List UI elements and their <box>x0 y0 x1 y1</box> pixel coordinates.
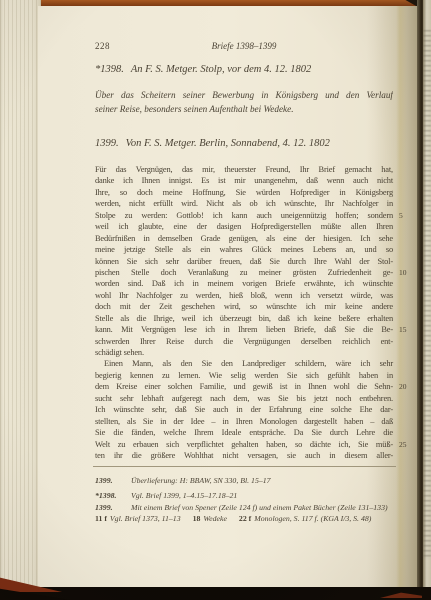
letter-line: schädigt sehen. <box>95 347 393 358</box>
lemma-line-number: 22 f <box>239 514 251 523</box>
book-photo: 228 Briefe 1398–1399 *1398.An F. S. Metg… <box>0 0 431 600</box>
letter-line: Einen Mann, als den Sie den Landprediger… <box>95 358 393 369</box>
letter-heading-1398: *1398.An F. S. Metger. Stolp, vor dem 4.… <box>95 64 415 75</box>
letter-line-text: Einen Mann, als den Sie den Landprediger… <box>104 359 393 368</box>
letter-line-text: können Sie sich sehr darüber freuen, daß… <box>95 257 393 266</box>
letter-line-text: Sie die fänden, welche Ihrem Ideale ents… <box>95 428 393 437</box>
letter-line-text: werden, nicht erfüllt wird. Nicht als ob… <box>95 199 393 208</box>
lemma-text: Monologen, S. 117 f. (KGA I/3, S. 48) <box>254 514 371 523</box>
letter-number-1399: 1399. <box>95 138 119 149</box>
letter-line: Bedürfnißen in demselben Grade genügen, … <box>95 233 393 244</box>
apparatus-lemma-row: 11 fVgl. Brief 1373, 11–1318Wedeke22 fMo… <box>95 513 410 524</box>
photo-bottom-shadow <box>0 587 431 600</box>
footnote-rule <box>93 466 396 467</box>
page-header: 228 Briefe 1398–1399 <box>95 41 393 53</box>
apparatus-entry-text: Vgl. Brief 1399, 1–4.15–17.18–21 <box>131 491 237 500</box>
apparatus-entry-text: Überlieferung: H: BBAW, SN 330, Bl. 15–1… <box>131 476 271 485</box>
letter-heading-1399-text: Von F. S. Metger. Berlin, Sonnabend, 4. … <box>126 138 330 149</box>
letter-line: begierig kennen zu lernen. Wie selig wer… <box>95 370 393 381</box>
letter-line-text: doch mit der Zeit geschehen wird, so wün… <box>95 302 393 311</box>
letter-line: worden sind. Daß ich in meinem vorigen B… <box>95 278 393 289</box>
letter-line: kann. Mit Vergnügen lese ich in Ihrem li… <box>95 324 393 335</box>
apparatus-entry-number: 1399. <box>95 475 131 486</box>
letter-line: Für das Vergnügen, das mir, theuerster F… <box>95 164 393 175</box>
lemma-text: Wedeke <box>203 514 227 523</box>
letter-line-text: begierig kennen zu lernen. Wie selig wer… <box>95 371 393 380</box>
letter-line-text: pischen Stelle doch Veranlaßung zu meine… <box>95 268 393 277</box>
letter-line-text: weil ich glaubte, eine der dasigen Hofpr… <box>95 222 393 231</box>
letter-line-text: schädigt sehen. <box>95 348 144 357</box>
apparatus-entry-number: 1399. <box>95 502 131 513</box>
lemma-line-number: 11 f <box>95 514 107 523</box>
letter-body: Für das Vergnügen, das mir, theuerster F… <box>95 164 393 461</box>
letter-line: Stelle als die Ihrige, weil ich überzeug… <box>95 313 393 324</box>
letter-line: ten ihr die größere Wohlthat nicht versa… <box>95 450 393 461</box>
letter-line-text: worden sind. Daß ich in meinem vorigen B… <box>95 279 393 288</box>
letter-line-text: Stelle als die Ihrige, weil ich überzeug… <box>95 314 393 323</box>
letter-line: pischen Stelle doch Veranlaßung zu meine… <box>95 267 393 278</box>
letter-line: weil ich glaubte, eine der dasigen Hofpr… <box>95 221 393 232</box>
line-number-marginal: 15 <box>399 324 407 335</box>
line-number-marginal: 20 <box>399 381 407 392</box>
lemma-line-number: 18 <box>193 514 201 523</box>
letter-line-text: Bedürfnißen in demselben Grade genügen, … <box>95 234 393 243</box>
letter-line: Ich wünschte sehr, daß Sie auch in der E… <box>95 404 393 415</box>
summary-line: Über das Scheitern seiner Bewerbung in K… <box>95 89 393 103</box>
letter-line-text: Welt zu erbauen sich verpflichtet gehalt… <box>95 440 393 449</box>
letter-line-text: danke ich Ihnen innigst. Es ist mir unan… <box>95 176 393 185</box>
letter-line-text: Ihre, so doch meine Hoffnung, Sie würden… <box>95 188 393 197</box>
letter-line-text: dem Kreise einer solchen Familie, und ge… <box>95 382 393 391</box>
letter-line: sucht sehr lebhaft aufgeregt nach dem, w… <box>95 393 393 404</box>
apparatus-entry-number: *1398. <box>95 490 131 501</box>
letter-line: können Sie sich sehr darüber freuen, daß… <box>95 256 393 267</box>
letter-line-text: meine jetzige Stelle als ein wahres Glüc… <box>95 245 393 254</box>
letter-heading-1399: 1399.Von F. S. Metger. Berlin, Sonnabend… <box>95 138 415 149</box>
letter-line: doch mit der Zeit geschehen wird, so wün… <box>95 301 393 312</box>
apparatus-entry: *1398.Vgl. Brief 1399, 1–4.15–17.18–21 <box>95 490 410 501</box>
letter-line: schwerden Ihrer Reise durch die Vergnügu… <box>95 336 393 347</box>
letter-line: dem Kreise einer solchen Familie, und ge… <box>95 381 393 392</box>
running-title: Briefe 1398–1399 <box>95 41 393 51</box>
letter-line-text: wohl Ihr Nachfolger zu werden, hieß bloß… <box>95 291 393 300</box>
letter-line-text: sucht sehr lebhaft aufgeregt nach dem, w… <box>95 394 393 403</box>
letter-line: meine jetzige Stelle als ein wahres Glüc… <box>95 244 393 255</box>
apparatus-entry: 1399.Mit einem Brief von Spener (Zeile 1… <box>95 502 410 513</box>
letter-line: Sie die fänden, welche Ihrem Ideale ents… <box>95 427 393 438</box>
letter-line-text: schwerden Ihrer Reise durch die Vergnügu… <box>95 337 393 346</box>
letter-line: werden, nicht erfüllt wird. Nicht als ob… <box>95 198 393 209</box>
lemma-text: Vgl. Brief 1373, 11–13 <box>110 514 181 523</box>
letter-line: Ihre, so doch meine Hoffnung, Sie würden… <box>95 187 393 198</box>
letter-line: wohl Ihr Nachfolger zu werden, hieß bloß… <box>95 290 393 301</box>
stacked-page-edges <box>0 0 41 600</box>
facing-page-showthrough <box>423 30 431 560</box>
letter-line-text: Für das Vergnügen, das mir, theuerster F… <box>95 165 393 174</box>
letter-line-text: Stolpe zu werden: Gottlob! ich kann auch… <box>95 211 393 220</box>
summary-line: seiner Reise, besonders seinen Aufenthal… <box>95 103 393 117</box>
letter-line: stellten, als Sie in der Idee – in Ihren… <box>95 416 393 427</box>
letter-number-1398: *1398. <box>95 64 124 75</box>
letter-heading-1398-text: An F. S. Metger. Stolp, vor dem 4. 12. 1… <box>131 64 311 75</box>
letter-summary-1398: Über das Scheitern seiner Bewerbung in K… <box>95 89 393 116</box>
letter-line-text: Ich wünschte sehr, daß Sie auch in der E… <box>95 405 393 414</box>
apparatus-entry: 1399.Überlieferung: H: BBAW, SN 330, Bl.… <box>95 475 410 486</box>
letter-line-text: kann. Mit Vergnügen lese ich in Ihrem li… <box>95 325 393 334</box>
letter-line: Stolpe zu werden: Gottlob! ich kann auch… <box>95 210 393 221</box>
letter-line-text: stellten, als Sie in der Idee – in Ihren… <box>95 417 393 426</box>
line-number-marginal: 5 <box>399 210 403 221</box>
line-number-marginal: 10 <box>399 267 407 278</box>
line-number-marginal: 25 <box>399 439 407 450</box>
apparatus-entry-text: Mit einem Brief von Spener (Zeile 124 f)… <box>131 503 388 512</box>
letter-line-text: ten ihr die größere Wohlthat nicht versa… <box>95 451 393 460</box>
letter-line: danke ich Ihnen innigst. Es ist mir unan… <box>95 175 393 186</box>
letter-line: Welt zu erbauen sich verpflichtet gehalt… <box>95 439 393 450</box>
